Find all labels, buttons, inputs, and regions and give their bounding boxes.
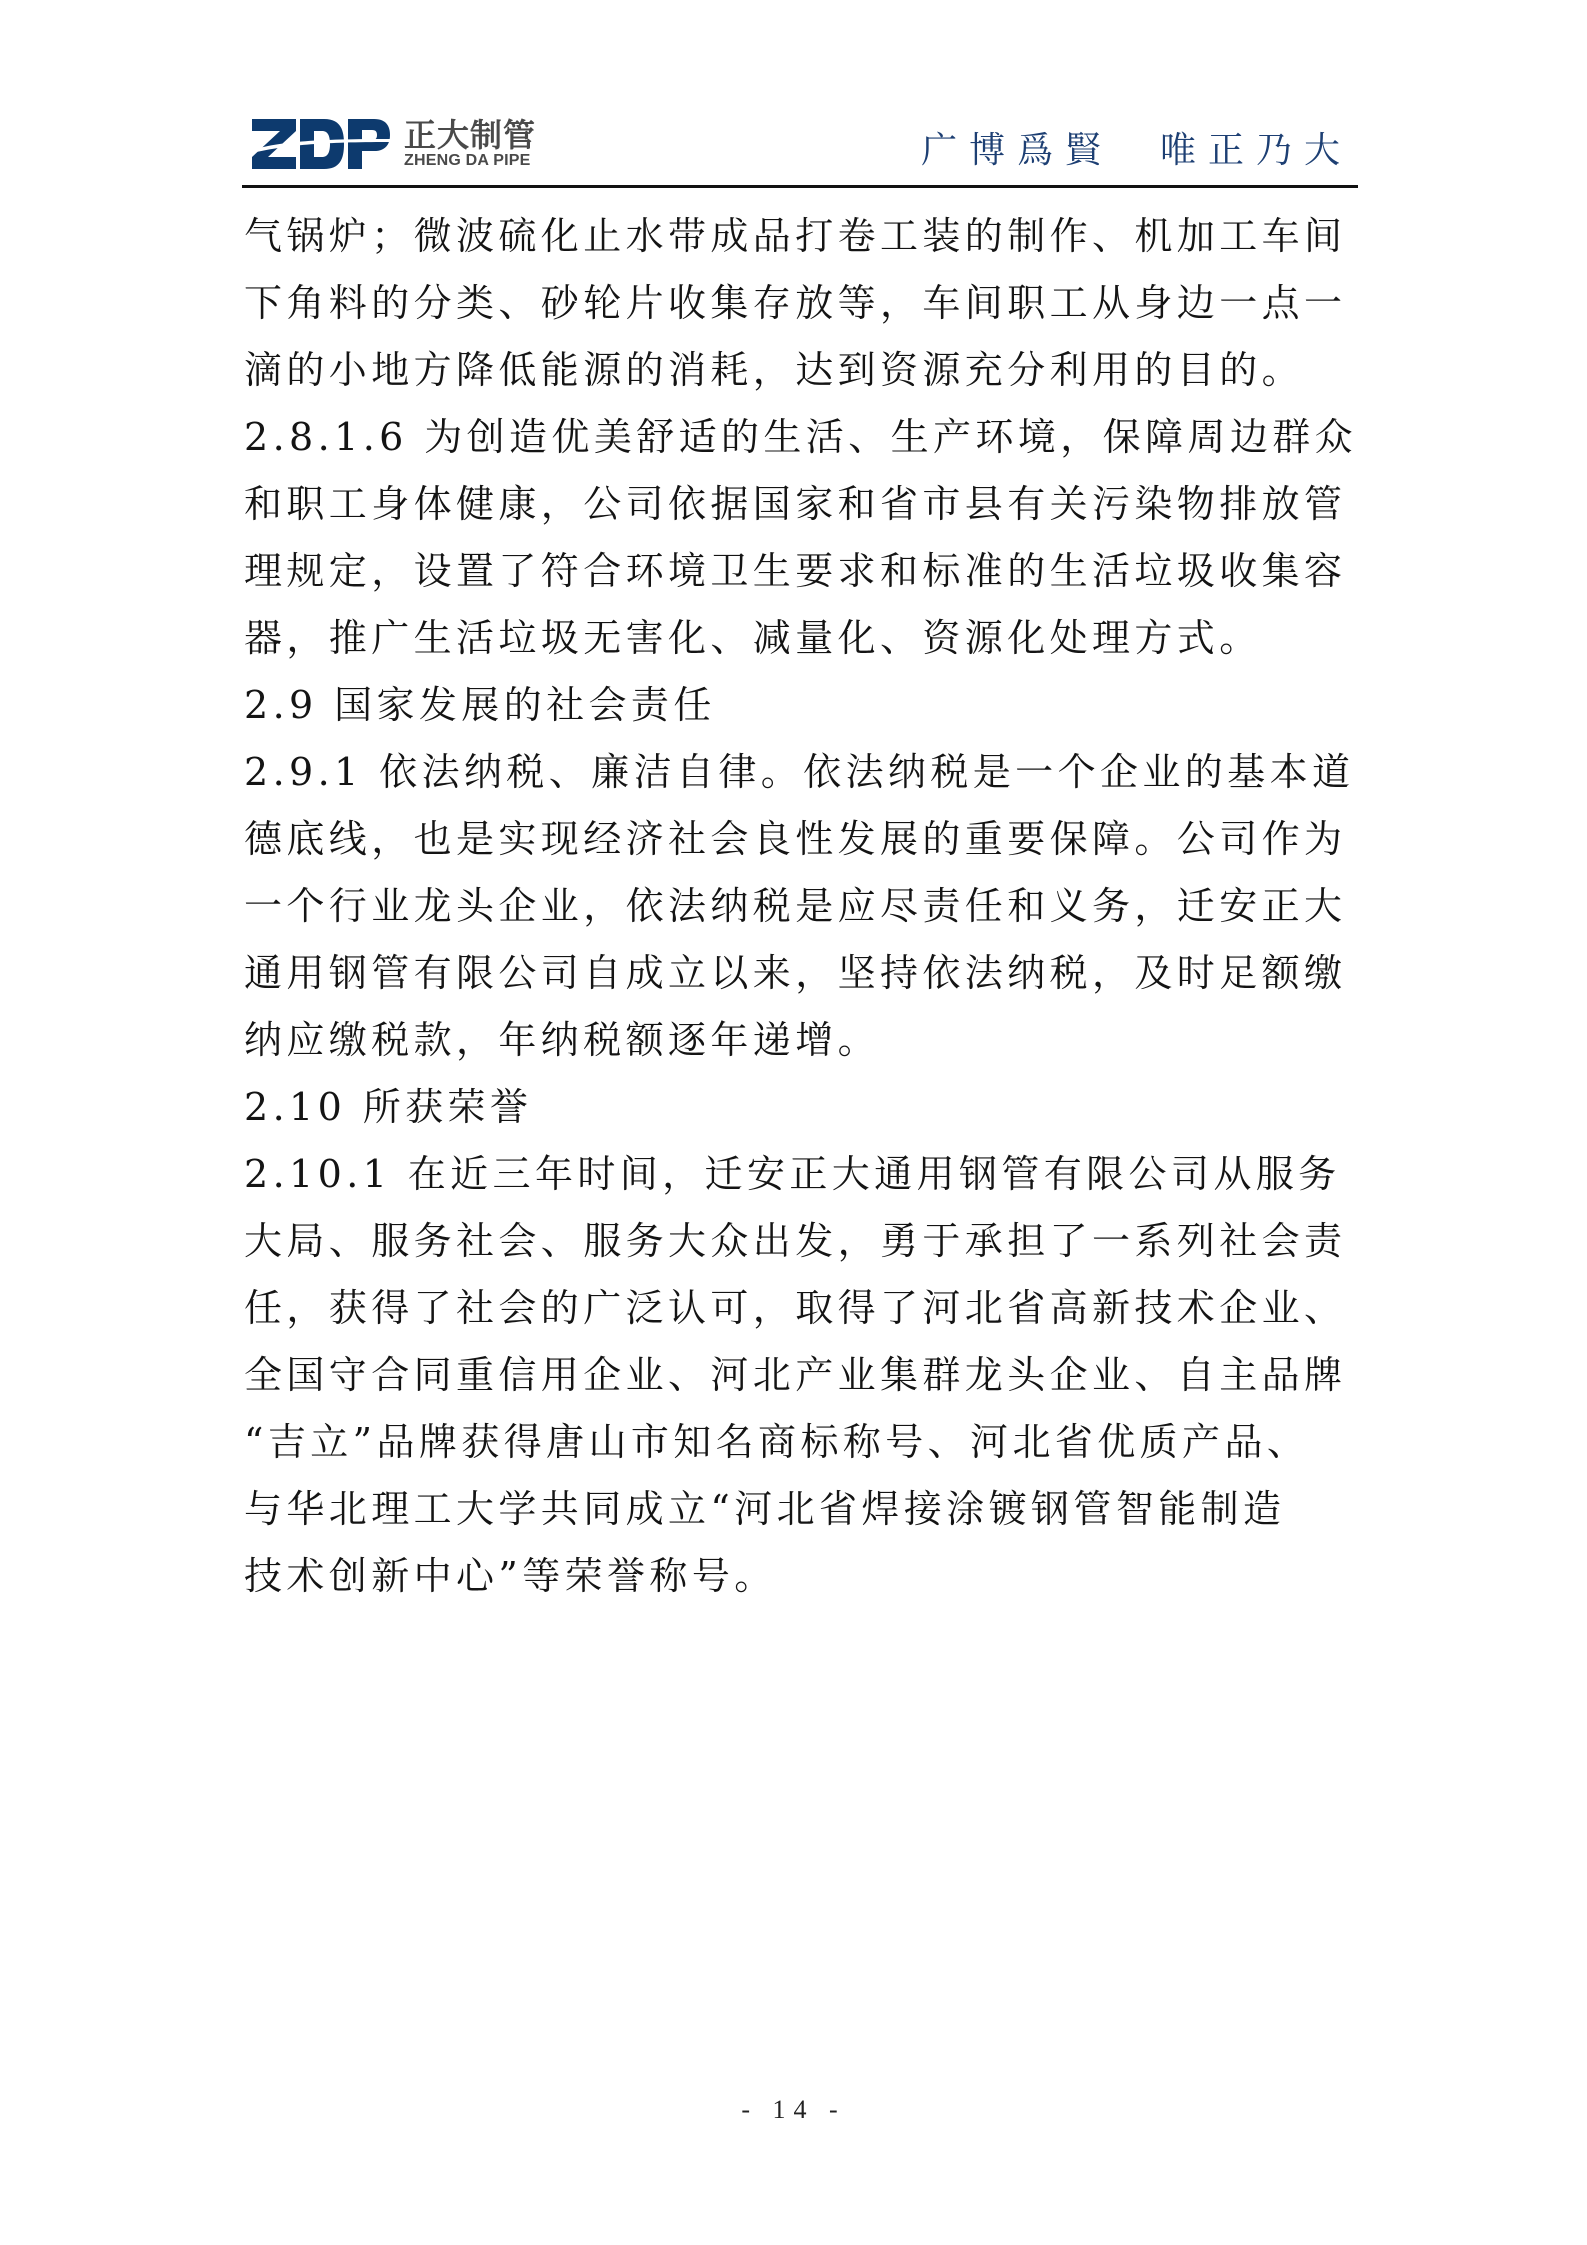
text-line: 理规定，设置了符合环境卫生要求和标准的生活垃圾收集容	[244, 538, 1360, 605]
text-line: 一个行业龙头企业，依法纳税是应尽责任和义务，迁安正大	[244, 873, 1360, 940]
text-line: 任，获得了社会的广泛认可，取得了河北省高新技术企业、	[244, 1275, 1360, 1342]
text-line: 气锅炉；微波硫化止水带成品打卷工装的制作、机加工车间	[244, 203, 1360, 270]
text-line: 纳应缴税款，年纳税额逐年递增。	[244, 1007, 1360, 1074]
text-line: 滴的小地方降低能源的消耗，达到资源充分利用的目的。	[244, 337, 1360, 404]
company-logo: 正大制管 ZHENG DA PIPE	[252, 114, 536, 174]
text-line: 全国守合同重信用企业、河北产业集群龙头企业、自主品牌	[244, 1342, 1360, 1409]
text-line: 通用钢管有限公司自成立以来，坚持依法纳税，及时足额缴	[244, 940, 1360, 1007]
header-divider	[242, 185, 1358, 188]
zdp-logo-mark-icon	[252, 119, 390, 169]
logo-text: 正大制管 ZHENG DA PIPE	[404, 118, 536, 170]
section-heading-2-9: 2.9 国家发展的社会责任	[244, 672, 1360, 739]
text-line: 技术创新中心”等荣誉称号。	[244, 1543, 1360, 1610]
company-name-en: ZHENG DA PIPE	[404, 152, 536, 170]
company-motto: 广博爲賢 唯正乃大	[921, 122, 1352, 173]
text-line: 与华北理工大学共同成立“河北省焊接涂镀钢管智能制造	[244, 1476, 1360, 1543]
section-2-8-1-6-line: 2.8.1.6 为创造优美舒适的生活、生产环境，保障周边群众	[244, 404, 1360, 471]
text-line: 下角料的分类、砂轮片收集存放等，车间职工从身边一点一	[244, 270, 1360, 337]
text-line: “吉立”品牌获得唐山市知名商标称号、河北省优质产品、	[244, 1409, 1360, 1476]
page-header: 正大制管 ZHENG DA PIPE 广博爲賢 唯正乃大	[242, 100, 1358, 186]
page-number: - 14 -	[0, 2095, 1587, 2125]
section-2-10-1-line: 2.10.1 在近三年时间，迁安正大通用钢管有限公司从服务	[244, 1141, 1360, 1208]
company-name-cn: 正大制管	[404, 118, 536, 152]
text-line: 大局、服务社会、服务大众出发，勇于承担了一系列社会责	[244, 1208, 1360, 1275]
text-line: 器，推广生活垃圾无害化、减量化、资源化处理方式。	[244, 605, 1360, 672]
text-line: 德底线，也是实现经济社会良性发展的重要保障。公司作为	[244, 806, 1360, 873]
document-body: 气锅炉；微波硫化止水带成品打卷工装的制作、机加工车间 下角料的分类、砂轮片收集存…	[244, 203, 1360, 1610]
section-heading-2-10: 2.10 所获荣誉	[244, 1074, 1360, 1141]
text-line: 和职工身体健康，公司依据国家和省市县有关污染物排放管	[244, 471, 1360, 538]
section-2-9-1-line: 2.9.1 依法纳税、廉洁自律。依法纳税是一个企业的基本道	[244, 739, 1360, 806]
